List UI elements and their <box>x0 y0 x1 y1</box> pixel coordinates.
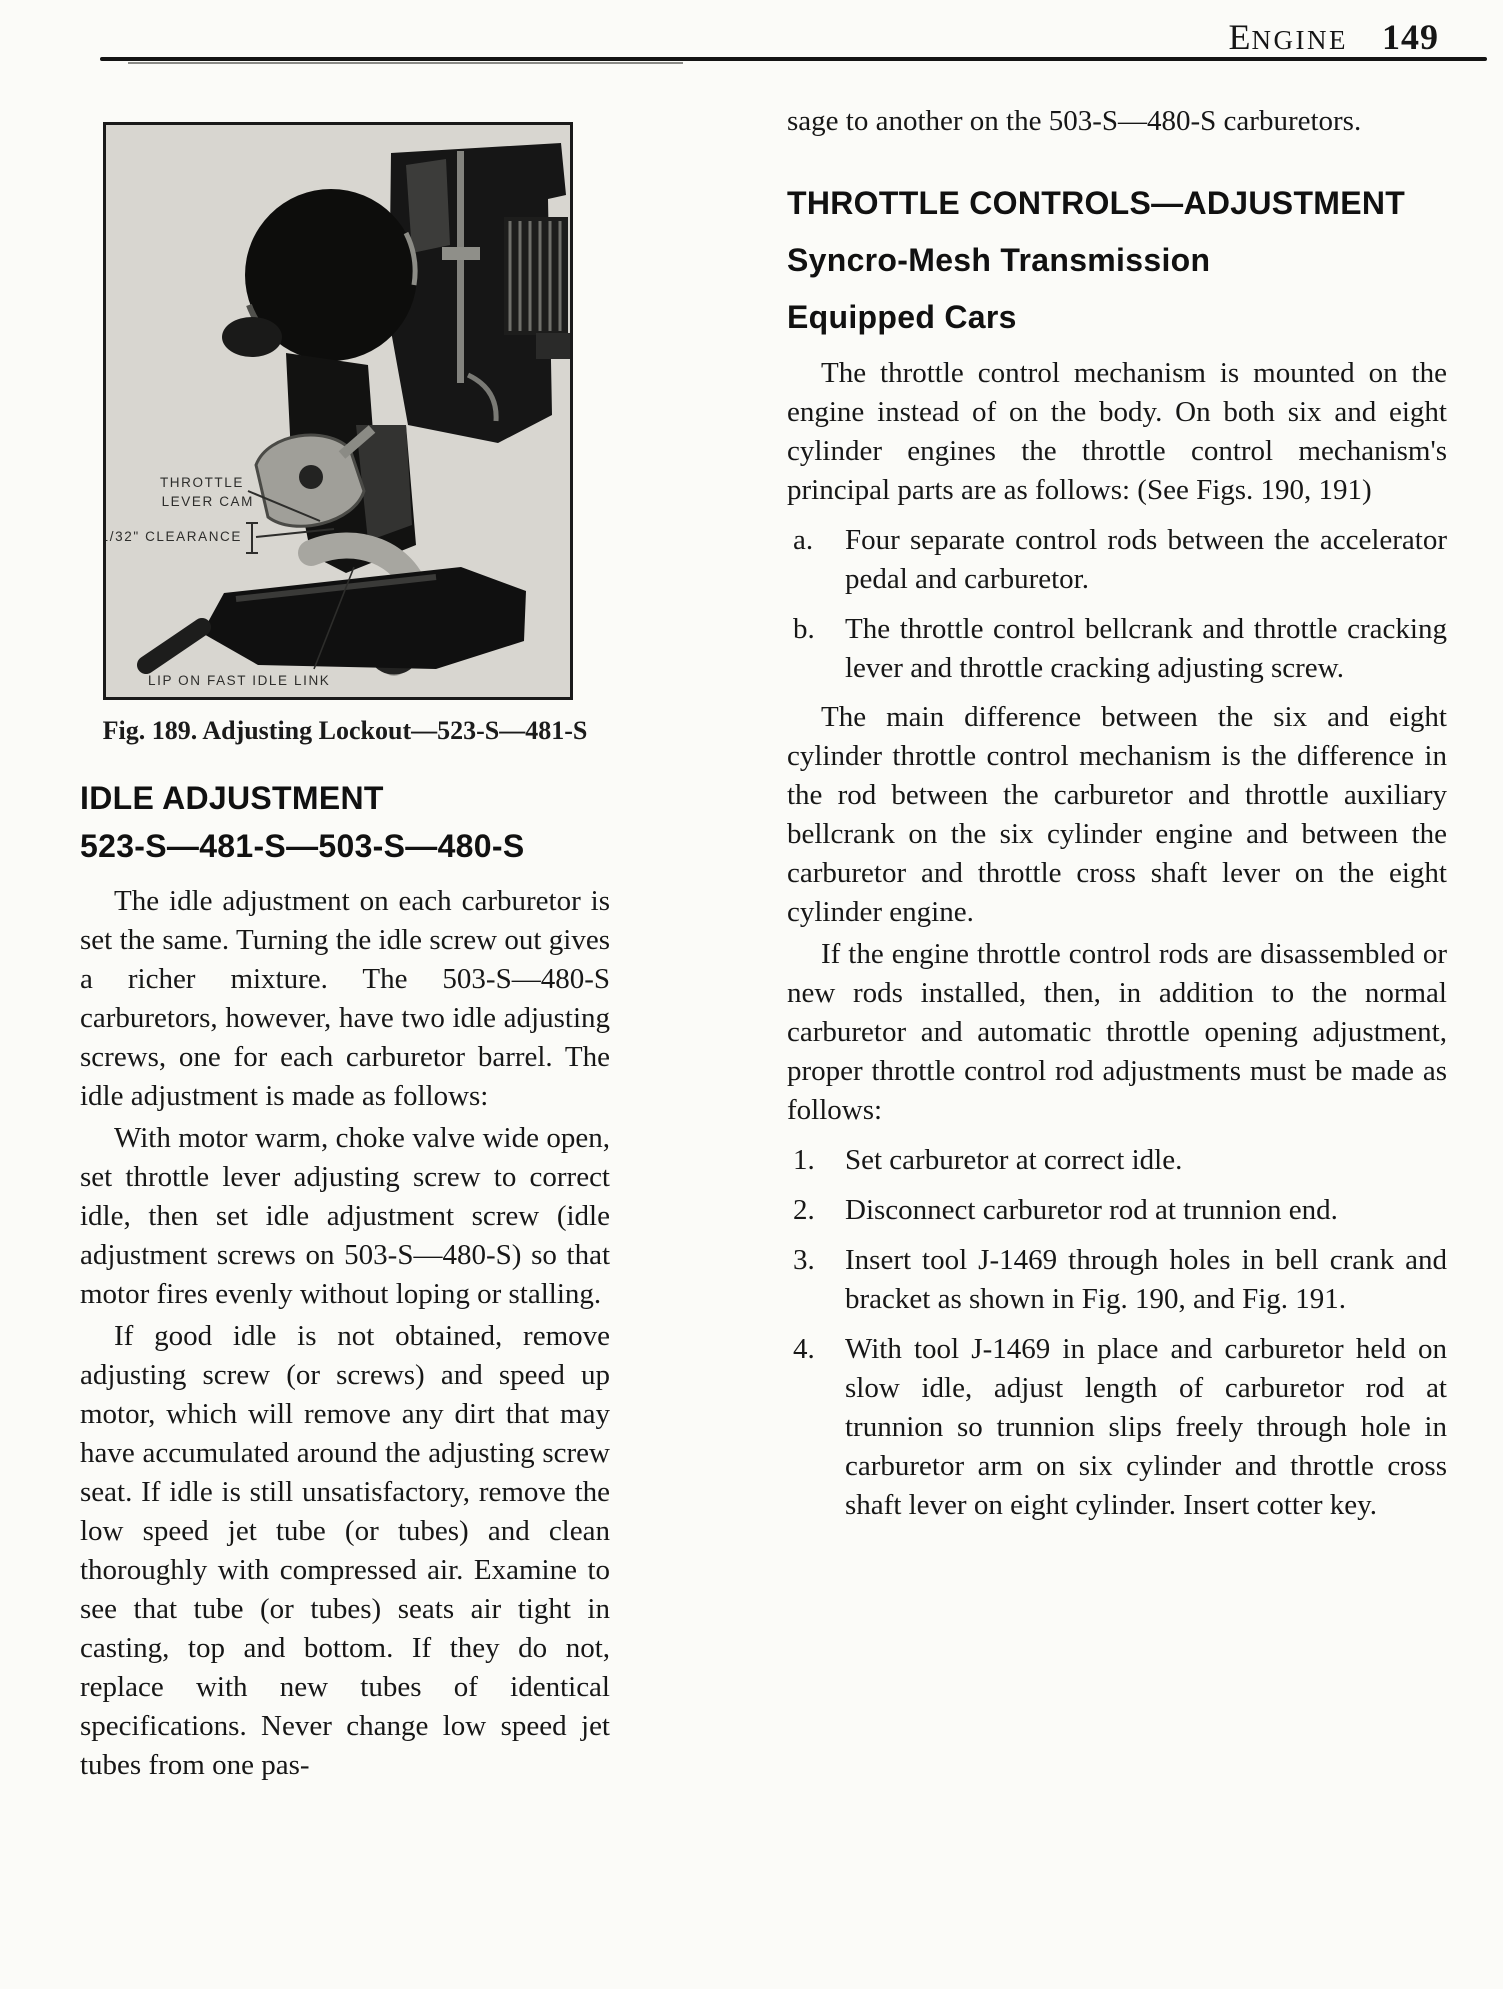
list-item-text: Set carburetor at correct idle. <box>845 1144 1182 1176</box>
header-rule <box>100 57 1487 61</box>
section-title-initial: E <box>1229 17 1252 57</box>
flange <box>504 217 568 335</box>
carburetor-photo: THROTTLE LEVER CAM 1/32" CLEARANCE LIP O… <box>103 122 573 700</box>
list-item: b. The throttle control bellcrank and th… <box>787 610 1447 688</box>
carburetor-models-heading: 523-S—481-S—503-S—480-S <box>80 826 610 866</box>
list-item-text: Insert tool J-1469 through holes in bell… <box>845 1244 1447 1315</box>
paragraph: The idle adjustment on each carburetor i… <box>80 882 610 1116</box>
throttle-controls-heading: THROTTLE CONTROLS—ADJUSTMENT <box>787 183 1447 223</box>
paragraph: The main difference between the six and … <box>787 698 1447 932</box>
left-column: THROTTLE LEVER CAM 1/32" CLEARANCE LIP O… <box>80 100 610 1785</box>
list-item: 4. With tool J-1469 in place and carbure… <box>787 1330 1447 1525</box>
figure-189: THROTTLE LEVER CAM 1/32" CLEARANCE LIP O… <box>80 122 610 746</box>
carburetor-illustration: THROTTLE LEVER CAM 1/32" CLEARANCE LIP O… <box>106 125 570 697</box>
list-item: 2. Disconnect carburetor rod at trunnion… <box>787 1191 1447 1230</box>
list-item-text: Four separate control rods between the a… <box>845 524 1447 595</box>
choke-lever <box>222 317 282 357</box>
fuel-rod <box>457 151 464 383</box>
section-title-rest: NGINE <box>1252 25 1348 55</box>
rod-bracket <box>442 247 480 260</box>
two-column-layout: THROTTLE LEVER CAM 1/32" CLEARANCE LIP O… <box>80 100 1447 1785</box>
manual-page: ENGINE 149 <box>0 0 1503 1989</box>
lettered-list: a. Four separate control rods between th… <box>787 521 1447 688</box>
flange-foot <box>536 333 570 359</box>
list-item: 1. Set carburetor at correct idle. <box>787 1141 1447 1180</box>
page-header: ENGINE 149 <box>1229 16 1439 58</box>
list-item-text: Disconnect carburetor rod at trunnion en… <box>845 1194 1338 1226</box>
continuation-paragraph: sage to another on the 503-S—480-S carbu… <box>787 102 1447 141</box>
section-title: ENGINE <box>1229 36 1348 53</box>
syncro-mesh-subheading: Syncro-Mesh Transmission <box>787 240 1447 280</box>
body-highlight <box>406 159 450 253</box>
paragraph: If good idle is not obtained, remove adj… <box>80 1317 610 1785</box>
paragraph: With motor warm, choke valve wide open, … <box>80 1119 610 1314</box>
list-item: a. Four separate control rods between th… <box>787 521 1447 599</box>
list-marker: 2. <box>793 1191 815 1230</box>
right-column: sage to another on the 503-S—480-S carbu… <box>787 100 1447 1525</box>
label-throttle-lever-cam: THROTTLE <box>160 475 244 490</box>
numbered-list: 1. Set carburetor at correct idle. 2. Di… <box>787 1141 1447 1525</box>
list-marker: 3. <box>793 1241 815 1280</box>
list-marker: 4. <box>793 1330 815 1369</box>
label-throttle-lever-cam-line2: LEVER CAM <box>162 494 254 509</box>
list-item: 3. Insert tool J-1469 through holes in b… <box>787 1241 1447 1319</box>
label-lip-on-fast-idle-link: LIP ON FAST IDLE LINK <box>148 673 330 688</box>
list-marker: a. <box>793 521 813 560</box>
cam-pivot <box>299 465 323 489</box>
label-clearance: 1/32" CLEARANCE <box>106 529 242 544</box>
figure-caption: Fig. 189. Adjusting Lockout—523-S—481-S <box>80 716 610 746</box>
equipped-cars-subheading: Equipped Cars <box>787 297 1447 337</box>
paragraph: The throttle control mechanism is mounte… <box>787 354 1447 510</box>
page-number: 149 <box>1382 17 1439 57</box>
idle-adjustment-heading: IDLE ADJUSTMENT <box>80 778 610 818</box>
list-item-text: The throttle control bellcrank and throt… <box>845 613 1447 684</box>
list-marker: 1. <box>793 1141 815 1180</box>
list-item-text: With tool J-1469 in place and carburetor… <box>845 1333 1447 1521</box>
list-marker: b. <box>793 610 815 649</box>
paragraph: If the engine throttle control rods are … <box>787 935 1447 1130</box>
